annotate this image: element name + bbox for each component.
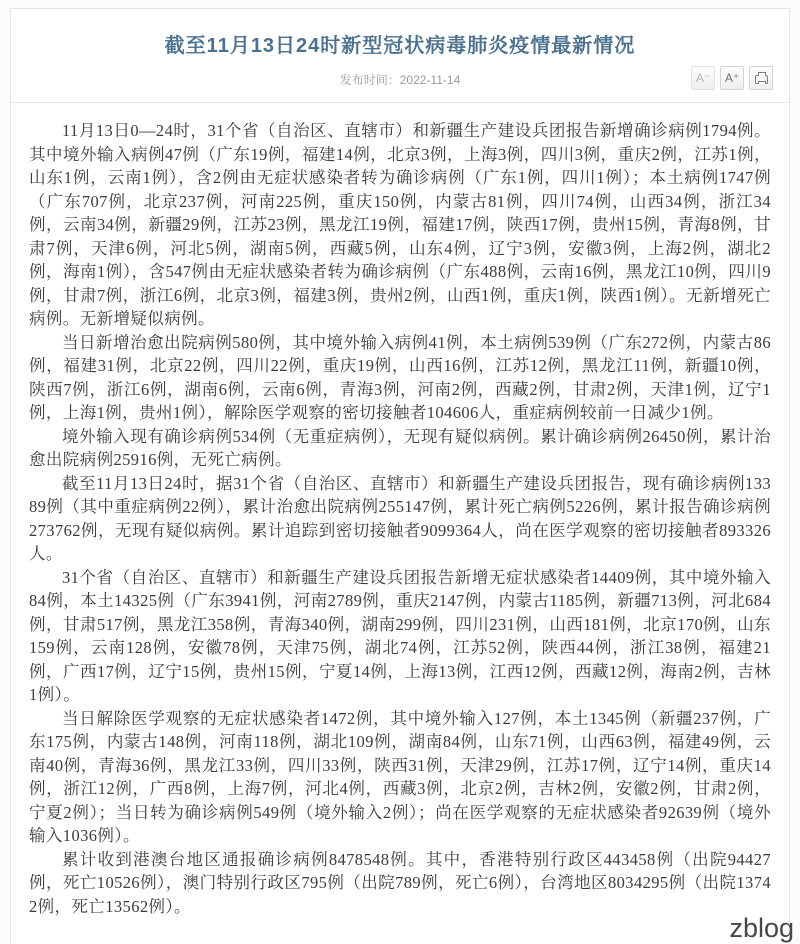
paragraph-new-recovered: 当日新增治愈出院病例580例，其中境外输入病例41例，本土病例539例（广东27… <box>29 331 771 425</box>
publish-date: 2022-11-14 <box>400 73 461 87</box>
printer-icon <box>755 75 768 84</box>
font-decrease-button[interactable]: A⁻ <box>691 66 715 90</box>
article-header: 截至11月13日24时新型冠状病毒肺炎疫情最新情况 发布时间：2022-11-1… <box>11 9 789 103</box>
font-increase-button[interactable]: A⁺ <box>720 66 744 90</box>
font-toolbar: A⁻ A⁺ <box>691 66 773 90</box>
page-title: 截至11月13日24时新型冠状病毒肺炎疫情最新情况 <box>25 23 775 68</box>
paragraph-new-asymptomatic: 31个省（自治区、直辖市）和新疆生产建设兵团报告新增无症状感染者14409例，其… <box>29 566 771 707</box>
article-body: 11月13日0—24时，31个省（自治区、直辖市）和新疆生产建设兵团报告新增确诊… <box>11 103 789 944</box>
watermark: zblog <box>729 913 794 944</box>
paragraph-imported-current: 境外输入现有确诊病例534例（无重症病例），无现有疑似病例。累计确诊病例2645… <box>29 425 771 472</box>
publish-time-label: 发布时间： <box>340 73 400 87</box>
article-container: 截至11月13日24时新型冠状病毒肺炎疫情最新情况 发布时间：2022-11-1… <box>10 8 790 944</box>
paragraph-asymptomatic-released: 当日解除医学观察的无症状感染者1472例，其中境外输入127例，本土1345例（… <box>29 707 771 848</box>
print-button[interactable] <box>749 66 773 90</box>
paragraph-new-confirmed: 11月13日0—24时，31个省（自治区、直辖市）和新疆生产建设兵团报告新增确诊… <box>29 119 771 331</box>
paragraph-hk-macao-taiwan: 累计收到港澳台地区通报确诊病例8478548例。其中，香港特别行政区443458… <box>29 848 771 919</box>
paragraph-cumulative-totals: 截至11月13日24时，据31个省（自治区、直辖市）和新疆生产建设兵团报告，现有… <box>29 472 771 566</box>
publish-time: 发布时间：2022-11-14 <box>25 68 775 92</box>
meta-row: 发布时间：2022-11-14 A⁻ A⁺ <box>25 68 775 102</box>
